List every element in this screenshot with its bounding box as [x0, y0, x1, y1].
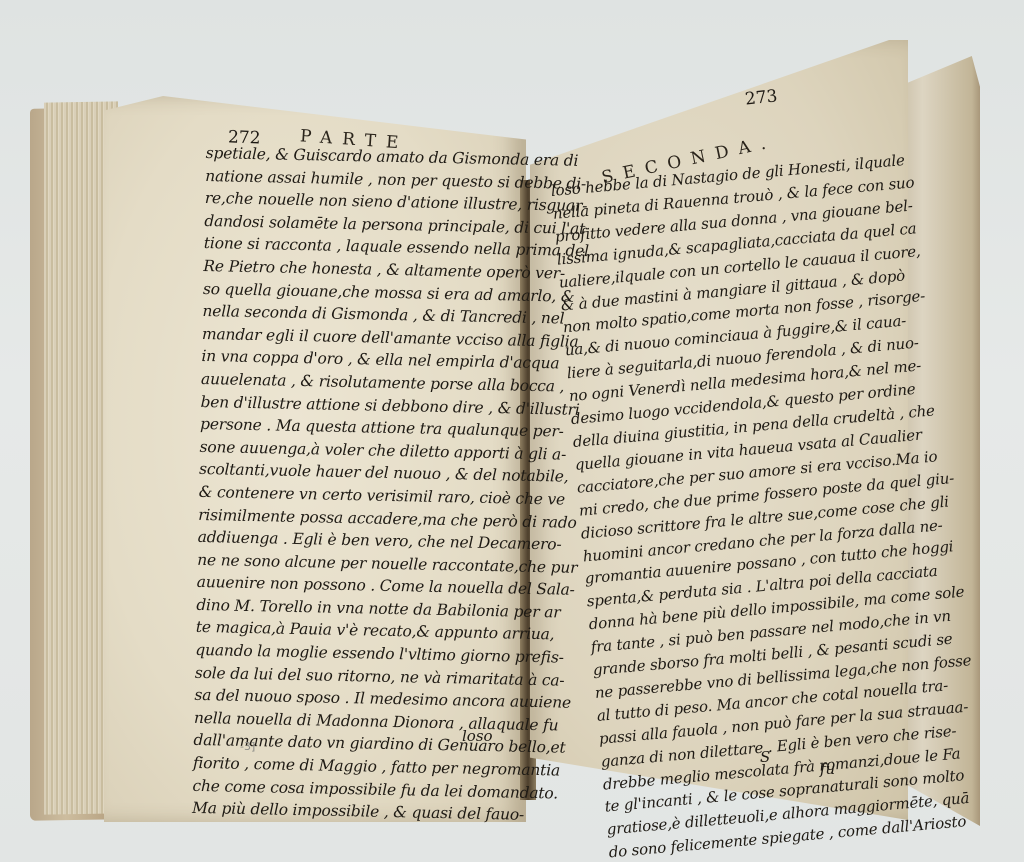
- photo-scene: 272 PARTE spetiale, & Guiscardo amato da…: [0, 0, 1024, 862]
- left-catchword: loso: [462, 727, 493, 745]
- right-catchword: fu: [820, 760, 835, 778]
- left-page-text: spetiale, & Guiscardo amato da Gismonda …: [192, 142, 591, 828]
- pencil-mark: -3]: [240, 740, 255, 753]
- signature-mark: S: [760, 748, 770, 766]
- right-page-number: 273: [744, 86, 778, 109]
